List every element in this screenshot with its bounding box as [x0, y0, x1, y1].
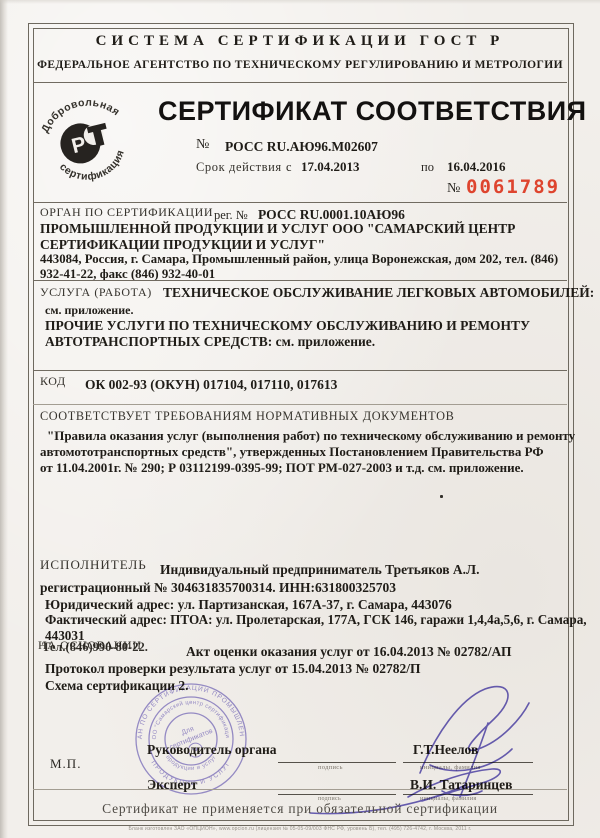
- expert-label: Эксперт: [147, 777, 197, 792]
- blank-number-sign: №: [447, 181, 460, 197]
- divider: [33, 82, 567, 83]
- cert-number: РОСС RU.АЮ96.М02607: [225, 139, 378, 154]
- code-label: КОД: [40, 375, 66, 388]
- expert-signature-ink: [408, 769, 500, 801]
- executor-line: Юридический адрес: ул. Партизанская, 167…: [45, 597, 452, 612]
- org-line: ПРОМЫШЛЕННОЙ ПРОДУКЦИИ И УСЛУГ ООО "САМА…: [40, 221, 515, 236]
- basis-line: Акт оценки оказания услуг от 16.04.2013 …: [186, 644, 511, 659]
- system-title: СИСТЕМА СЕРТИФИКАЦИИ ГОСТ Р: [32, 33, 568, 50]
- org-reg-value: РОСС RU.0001.10АЮ96: [258, 207, 405, 222]
- certificate-page: СИСТЕМА СЕРТИФИКАЦИИ ГОСТ Р ФЕДЕРАЛЬНОЕ …: [0, 0, 600, 838]
- service-line: ТЕХНИЧЕСКОЕ ОБСЛУЖИВАНИЕ ЛЕГКОВЫХ АВТОМО…: [163, 285, 594, 300]
- executor-label: ИСПОЛНИТЕЛЬ: [40, 558, 147, 573]
- normative-line: автомототранспортных средств", утвержден…: [40, 445, 544, 460]
- org-reg-label: рег. №: [214, 208, 248, 222]
- normative-line: от 11.04.2001г. № 290; Р 03112199-0395-9…: [40, 461, 524, 476]
- rst-voluntary-logo: Добровольная сертификация Р: [28, 84, 144, 198]
- ink-speck: [440, 495, 443, 498]
- org-line: СЕРТИФИКАЦИИ ПРОДУКЦИИ И УСЛУГ": [40, 237, 325, 252]
- service-line: см. приложение.: [45, 304, 133, 317]
- normative-label: СООТВЕТСТВУЕТ ТРЕБОВАНИЯМ НОРМАТИВНЫХ ДО…: [40, 410, 454, 424]
- cert-number-sign: №: [196, 137, 209, 153]
- handwritten-signatures: [230, 665, 560, 815]
- divider: [33, 280, 567, 281]
- valid-from-date: 17.04.2013: [301, 160, 360, 175]
- page-title: СЕРТИФИКАТ СООТВЕТСТВИЯ: [158, 96, 587, 126]
- blank-number: 0061789: [466, 177, 560, 198]
- org-label: ОРГАН ПО СЕРТИФИКАЦИИ: [40, 206, 213, 219]
- divider: [33, 202, 567, 203]
- scan-edge-shadow: [0, 0, 8, 838]
- agency-title: ФЕДЕРАЛЬНОЕ АГЕНТСТВО ПО ТЕХНИЧЕСКОМУ РЕ…: [32, 59, 568, 72]
- service-line: ПРОЧИЕ УСЛУГИ ПО ТЕХНИЧЕСКОМУ ОБСЛУЖИВАН…: [45, 318, 530, 333]
- bottom-notice: Сертификат не применяется при обязательн…: [32, 801, 568, 816]
- executor-line: Фактический адрес: ПТОА: ул. Пролетарска…: [45, 613, 587, 628]
- divider: [33, 404, 567, 405]
- basis-overlap-phone: Тел.(846)990-80-22.: [42, 640, 148, 654]
- mp-label: М.П.: [50, 757, 81, 772]
- divider: [33, 370, 567, 371]
- validity-to-label: по: [421, 160, 434, 174]
- valid-to-date: 16.04.2016: [447, 160, 506, 175]
- scan-edge-shadow-top: [0, 0, 600, 4]
- normative-line: "Правила оказания услуг (выполнения рабо…: [47, 429, 575, 444]
- service-line: АВТОТРАНСПОРТНЫХ СРЕДСТВ: см. приложение…: [45, 334, 375, 349]
- executor-line: регистрационный № 304631835700314. ИНН:6…: [40, 580, 396, 595]
- executor-line: Индивидуальный предприниматель Третьяков…: [160, 562, 479, 577]
- printer-fine-print: Бланк изготовлен ЗАО «ОПЦИОН», www.opcio…: [32, 826, 568, 832]
- org-line: 443084, Россия, г. Самара, Промышленный …: [40, 252, 558, 266]
- validity-from-label: с: [286, 160, 292, 174]
- code-value: ОК 002-93 (ОКУН) 017104, 017110, 017613: [85, 377, 337, 392]
- validity-label: Срок действия: [196, 160, 282, 174]
- service-label: УСЛУГА (РАБОТА): [40, 286, 152, 299]
